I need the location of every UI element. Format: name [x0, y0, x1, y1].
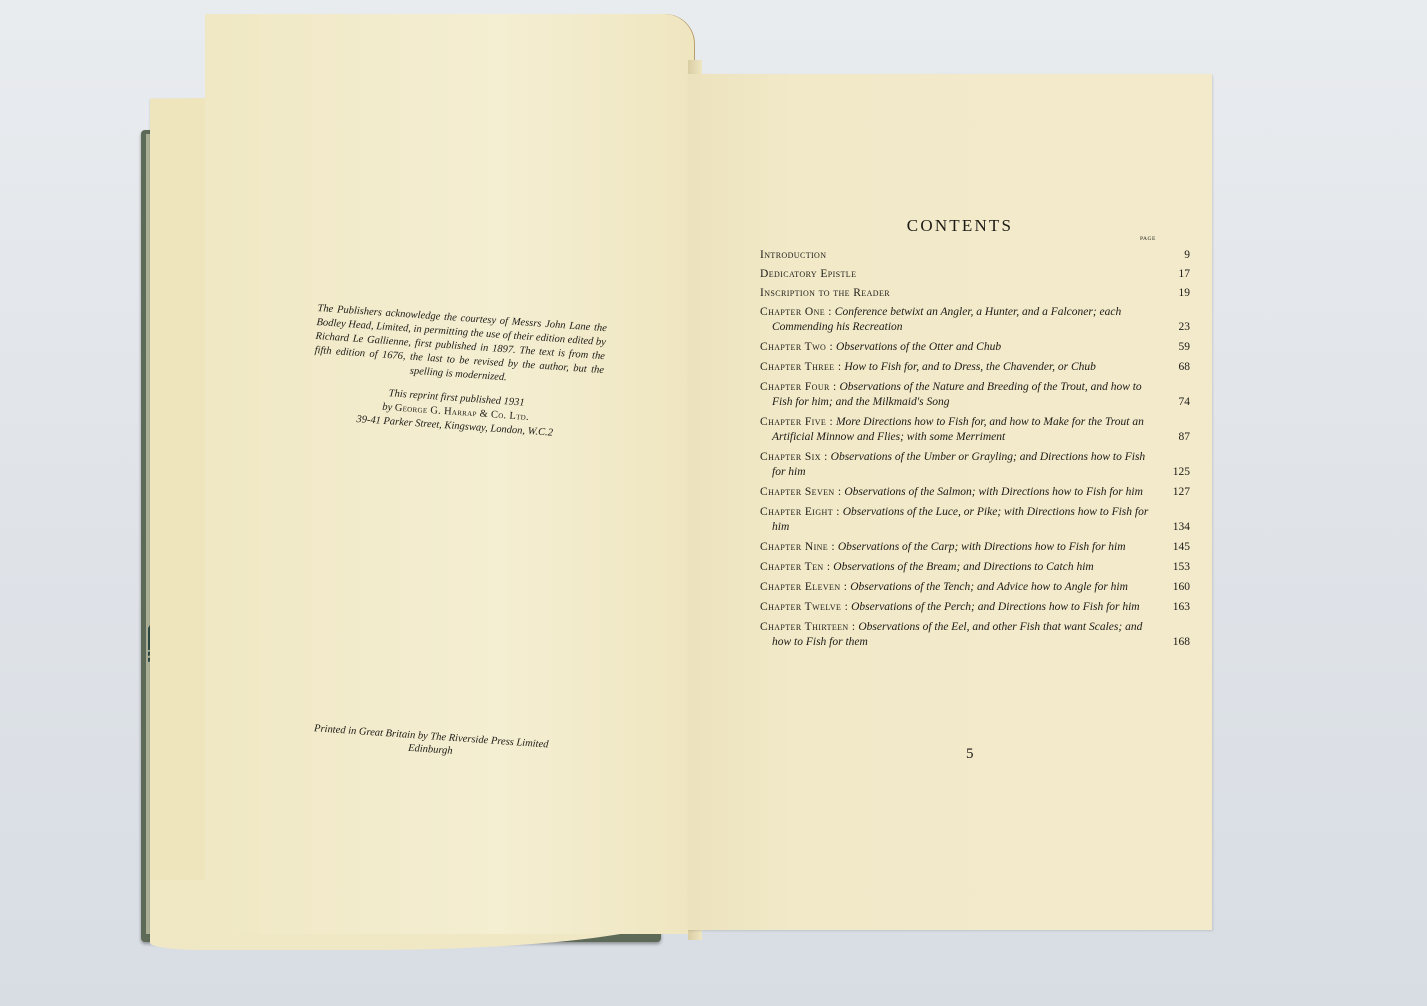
toc-page-number: 9	[1184, 248, 1190, 263]
toc-page-number: 153	[1173, 560, 1190, 575]
toc-entry: Chapter Eight : Observations of the Luce…	[760, 505, 1190, 535]
toc-page-number: 145	[1173, 540, 1190, 555]
toc-page-number: 23	[1179, 320, 1191, 335]
toc-entry: Chapter Five : More Directions how to Fi…	[760, 415, 1190, 445]
toc-page-number: 127	[1173, 485, 1190, 500]
toc-entry: Chapter Nine : Observations of the Carp;…	[760, 540, 1190, 555]
table-of-contents: Introduction 9 Dedicatory Epistle 17 Ins…	[760, 246, 1190, 650]
page-column-label: PAGE	[1140, 236, 1156, 242]
toc-entry: Chapter Six : Observations of the Umber …	[760, 450, 1190, 480]
page-folio-number: 5	[966, 746, 974, 763]
toc-entry: Chapter Twelve : Observations of the Per…	[760, 600, 1190, 615]
toc-page-number: 125	[1173, 465, 1190, 480]
toc-page-number: 74	[1179, 395, 1191, 410]
toc-page-number: 68	[1179, 360, 1191, 375]
left-page	[205, 14, 695, 934]
toc-entry: Dedicatory Epistle 17	[760, 267, 1190, 282]
imprint-block: The Publishers acknowledge the courtesy …	[309, 302, 607, 444]
toc-entry: Chapter One : Conference betwixt an Angl…	[760, 305, 1190, 335]
toc-entry: Chapter Thirteen : Observations of the E…	[760, 620, 1190, 650]
toc-page-number: 160	[1173, 580, 1190, 595]
toc-page-number: 134	[1173, 520, 1190, 535]
toc-page-number: 59	[1179, 340, 1191, 355]
toc-page-number: 17	[1179, 267, 1191, 282]
toc-entry: Chapter Three : How to Fish for, and to …	[760, 360, 1190, 375]
toc-entry: Chapter Eleven : Observations of the Ten…	[760, 580, 1190, 595]
toc-entry: Inscription to the Reader 19	[760, 286, 1190, 301]
toc-page-number: 163	[1173, 600, 1190, 615]
toc-entry: Introduction 9	[760, 248, 1190, 263]
toc-page-number: 87	[1179, 430, 1191, 445]
publisher-prefix: by	[382, 402, 393, 414]
toc-page-number: 168	[1173, 635, 1190, 650]
toc-entry: Chapter Four : Observations of the Natur…	[760, 380, 1190, 410]
toc-entry: Chapter Two : Observations of the Otter …	[760, 340, 1190, 355]
toc-entry: Chapter Ten : Observations of the Bream;…	[760, 560, 1190, 575]
toc-page-number: 19	[1179, 286, 1191, 301]
contents-title: CONTENTS	[760, 216, 1160, 236]
toc-entry: Chapter Seven : Observations of the Salm…	[760, 485, 1190, 500]
